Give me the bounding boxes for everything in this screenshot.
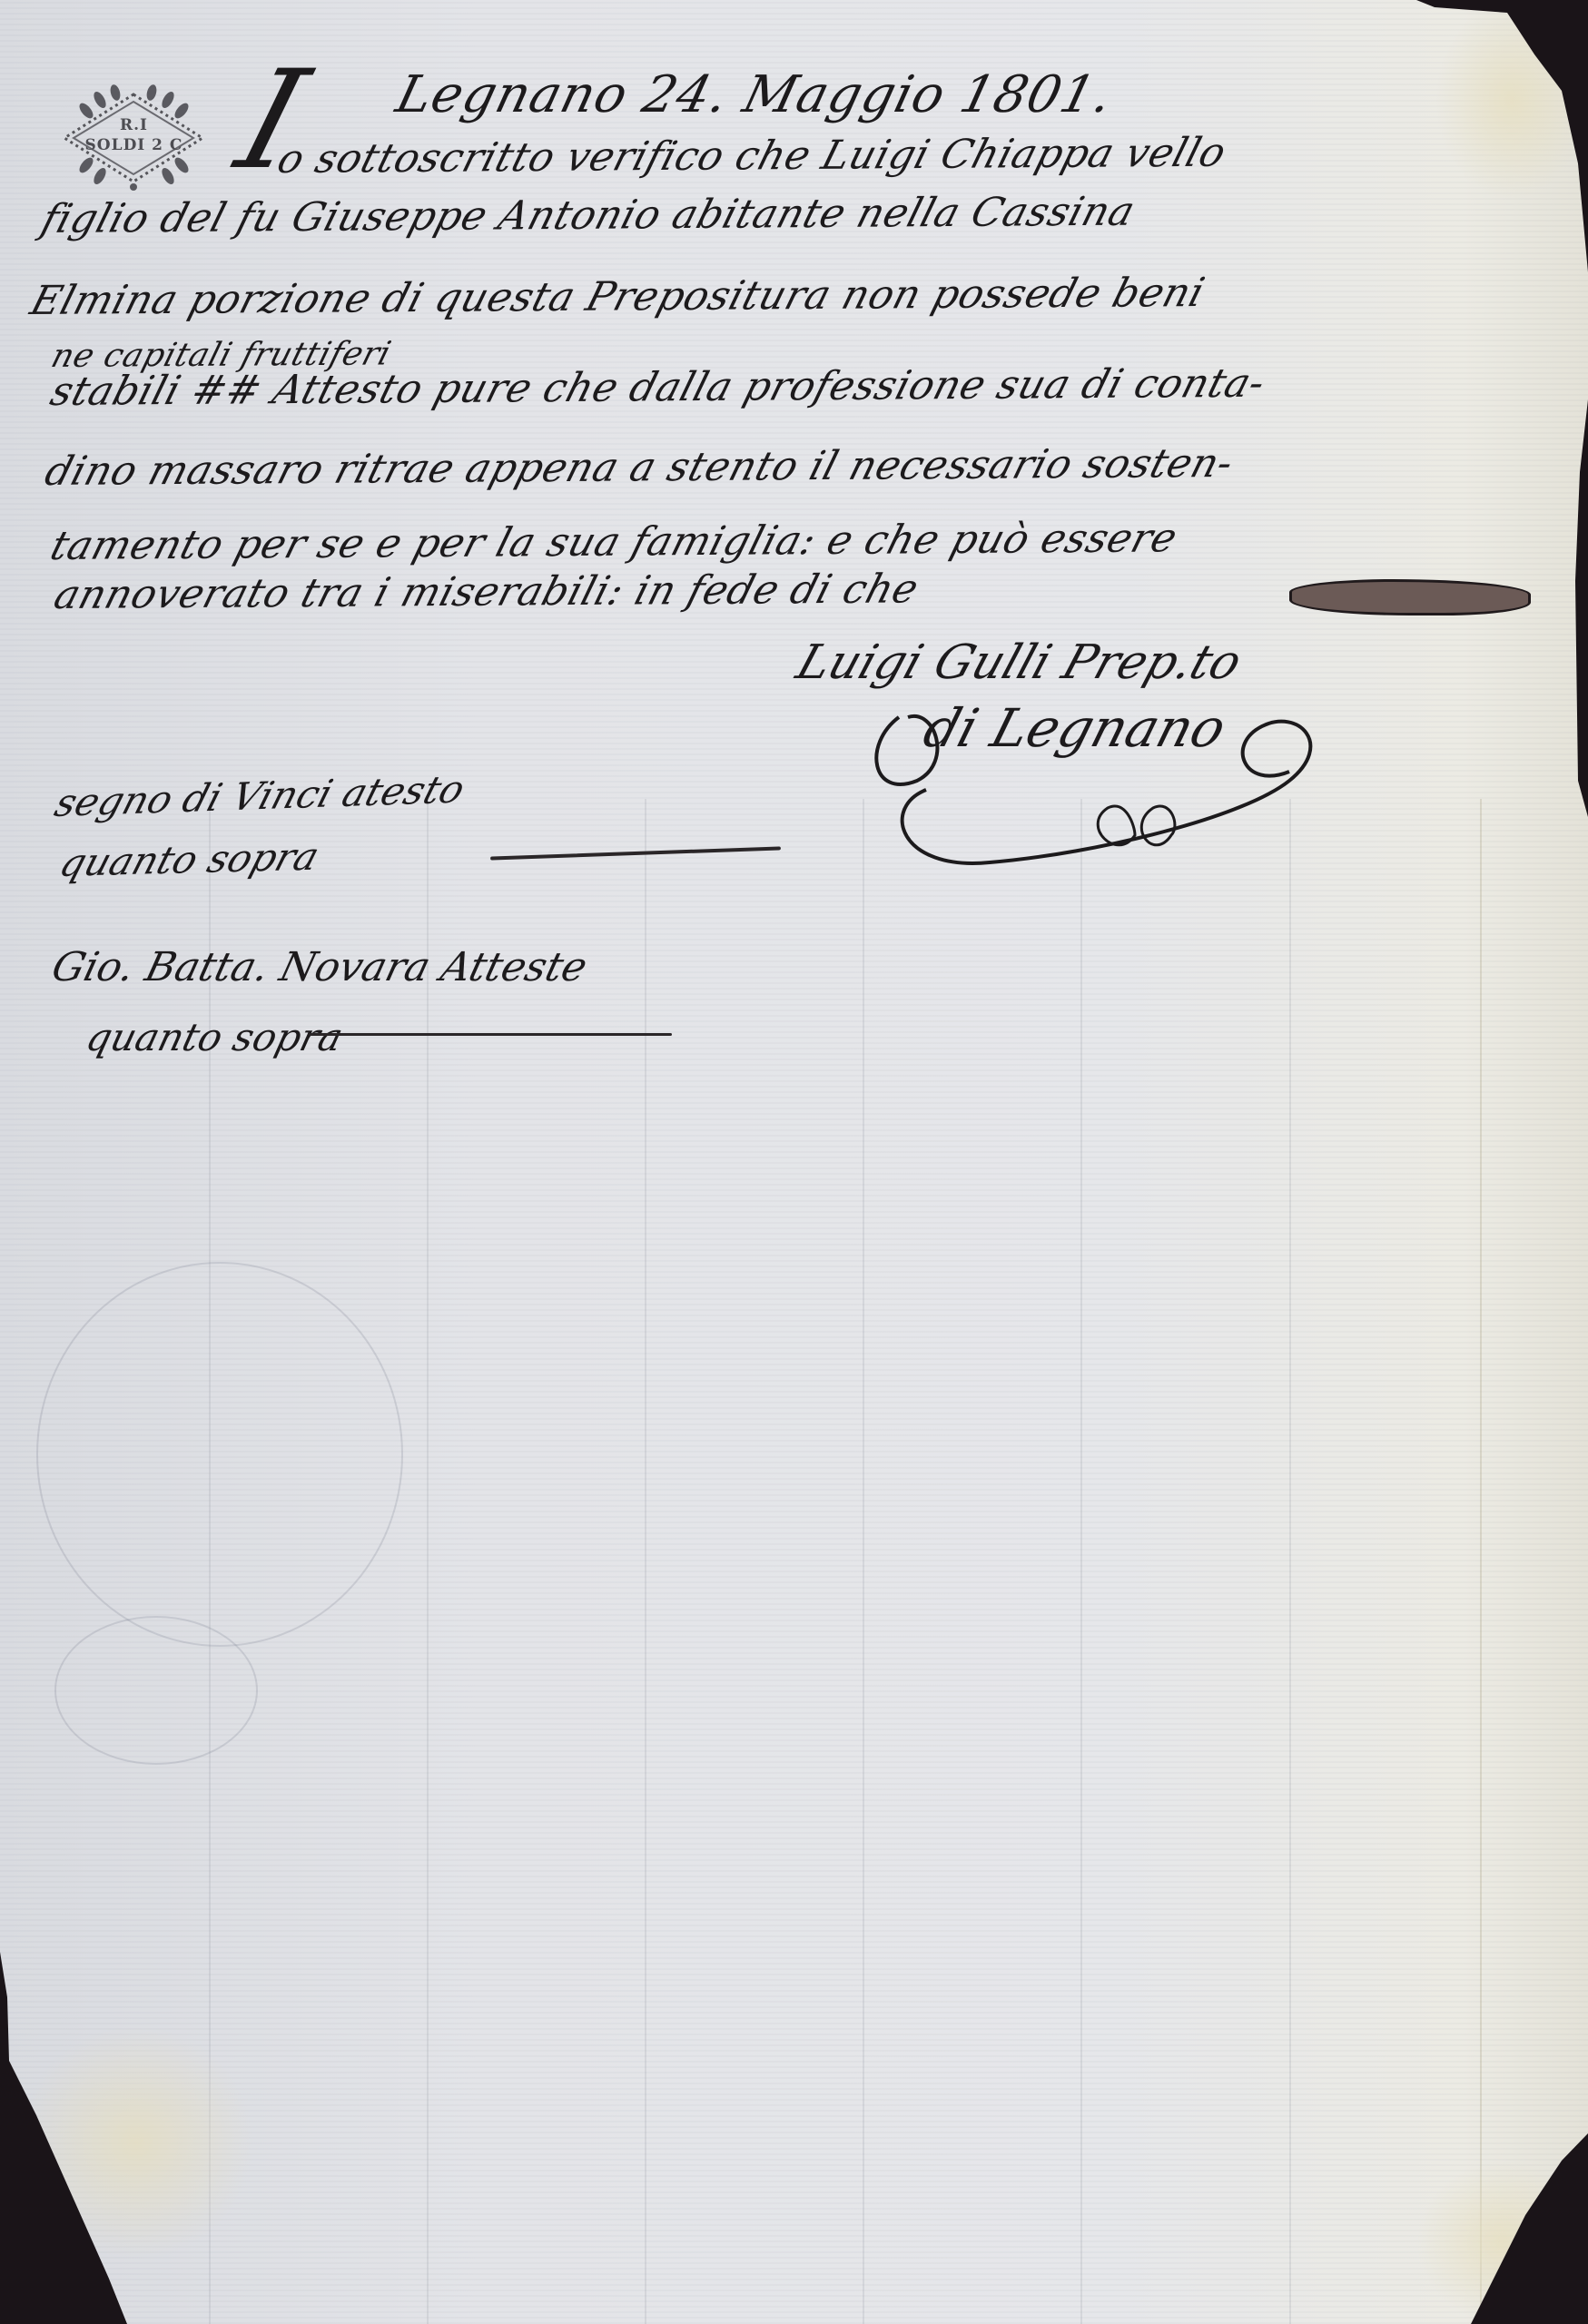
paper-sheet: R.I SOLDI 2 C I Legnano 24. Maggio 1801.… xyxy=(0,0,1588,2324)
body-line: figlio del fu Giuseppe Antonio abitante … xyxy=(36,189,1140,242)
stamp-label-top: R.I xyxy=(50,116,218,134)
witness-2-line-1: Gio. Batta. Novara Atteste xyxy=(47,944,592,990)
stamp-label-value: SOLDI 2 C xyxy=(50,136,218,154)
document-scan: R.I SOLDI 2 C I Legnano 24. Maggio 1801.… xyxy=(0,0,1588,2324)
signature-name: Luigi Gulli Prep.to xyxy=(790,635,1248,690)
body-line: annoverato tra i miserabili: in fede di … xyxy=(49,566,923,618)
chain-line xyxy=(427,799,429,2324)
edge-stain xyxy=(1416,2161,1588,2324)
underline-flourish xyxy=(490,846,781,860)
signature-flourish-icon xyxy=(863,690,1425,871)
edge-stain xyxy=(1435,0,1588,200)
body-line: stabili ## Attesto pure che dalla profes… xyxy=(45,360,1270,415)
fold-line xyxy=(1480,799,1482,2324)
chain-line xyxy=(863,799,864,2324)
date-line: Legnano 24. Maggio 1801. xyxy=(390,65,1119,124)
body-line: o sottoscritto verifico che Luigi Chiapp… xyxy=(272,130,1231,182)
chain-line xyxy=(645,799,646,2324)
witness-1-line-1: segno di Vinci atesto xyxy=(50,767,469,825)
witness-2-line-2: quanto sopra xyxy=(82,1015,348,1059)
chain-line xyxy=(1080,799,1082,2324)
chain-line xyxy=(1289,799,1291,2324)
body-line: Elmina porzione di questa Prepositura no… xyxy=(25,270,1209,324)
ink-blot-flourish xyxy=(1289,579,1531,615)
body-line: tamento per se e per la sua famiglia: e … xyxy=(45,515,1182,569)
underline-flourish xyxy=(309,1033,672,1036)
watermark-trace xyxy=(54,1616,258,1765)
witness-1-line-2: quanto sopra xyxy=(54,834,324,885)
body-line: dino massaro ritrae appena a stento il n… xyxy=(40,440,1238,495)
watermark-trace xyxy=(36,1262,403,1647)
edge-stain xyxy=(18,2024,254,2260)
revenue-stamp: R.I SOLDI 2 C xyxy=(50,74,218,202)
